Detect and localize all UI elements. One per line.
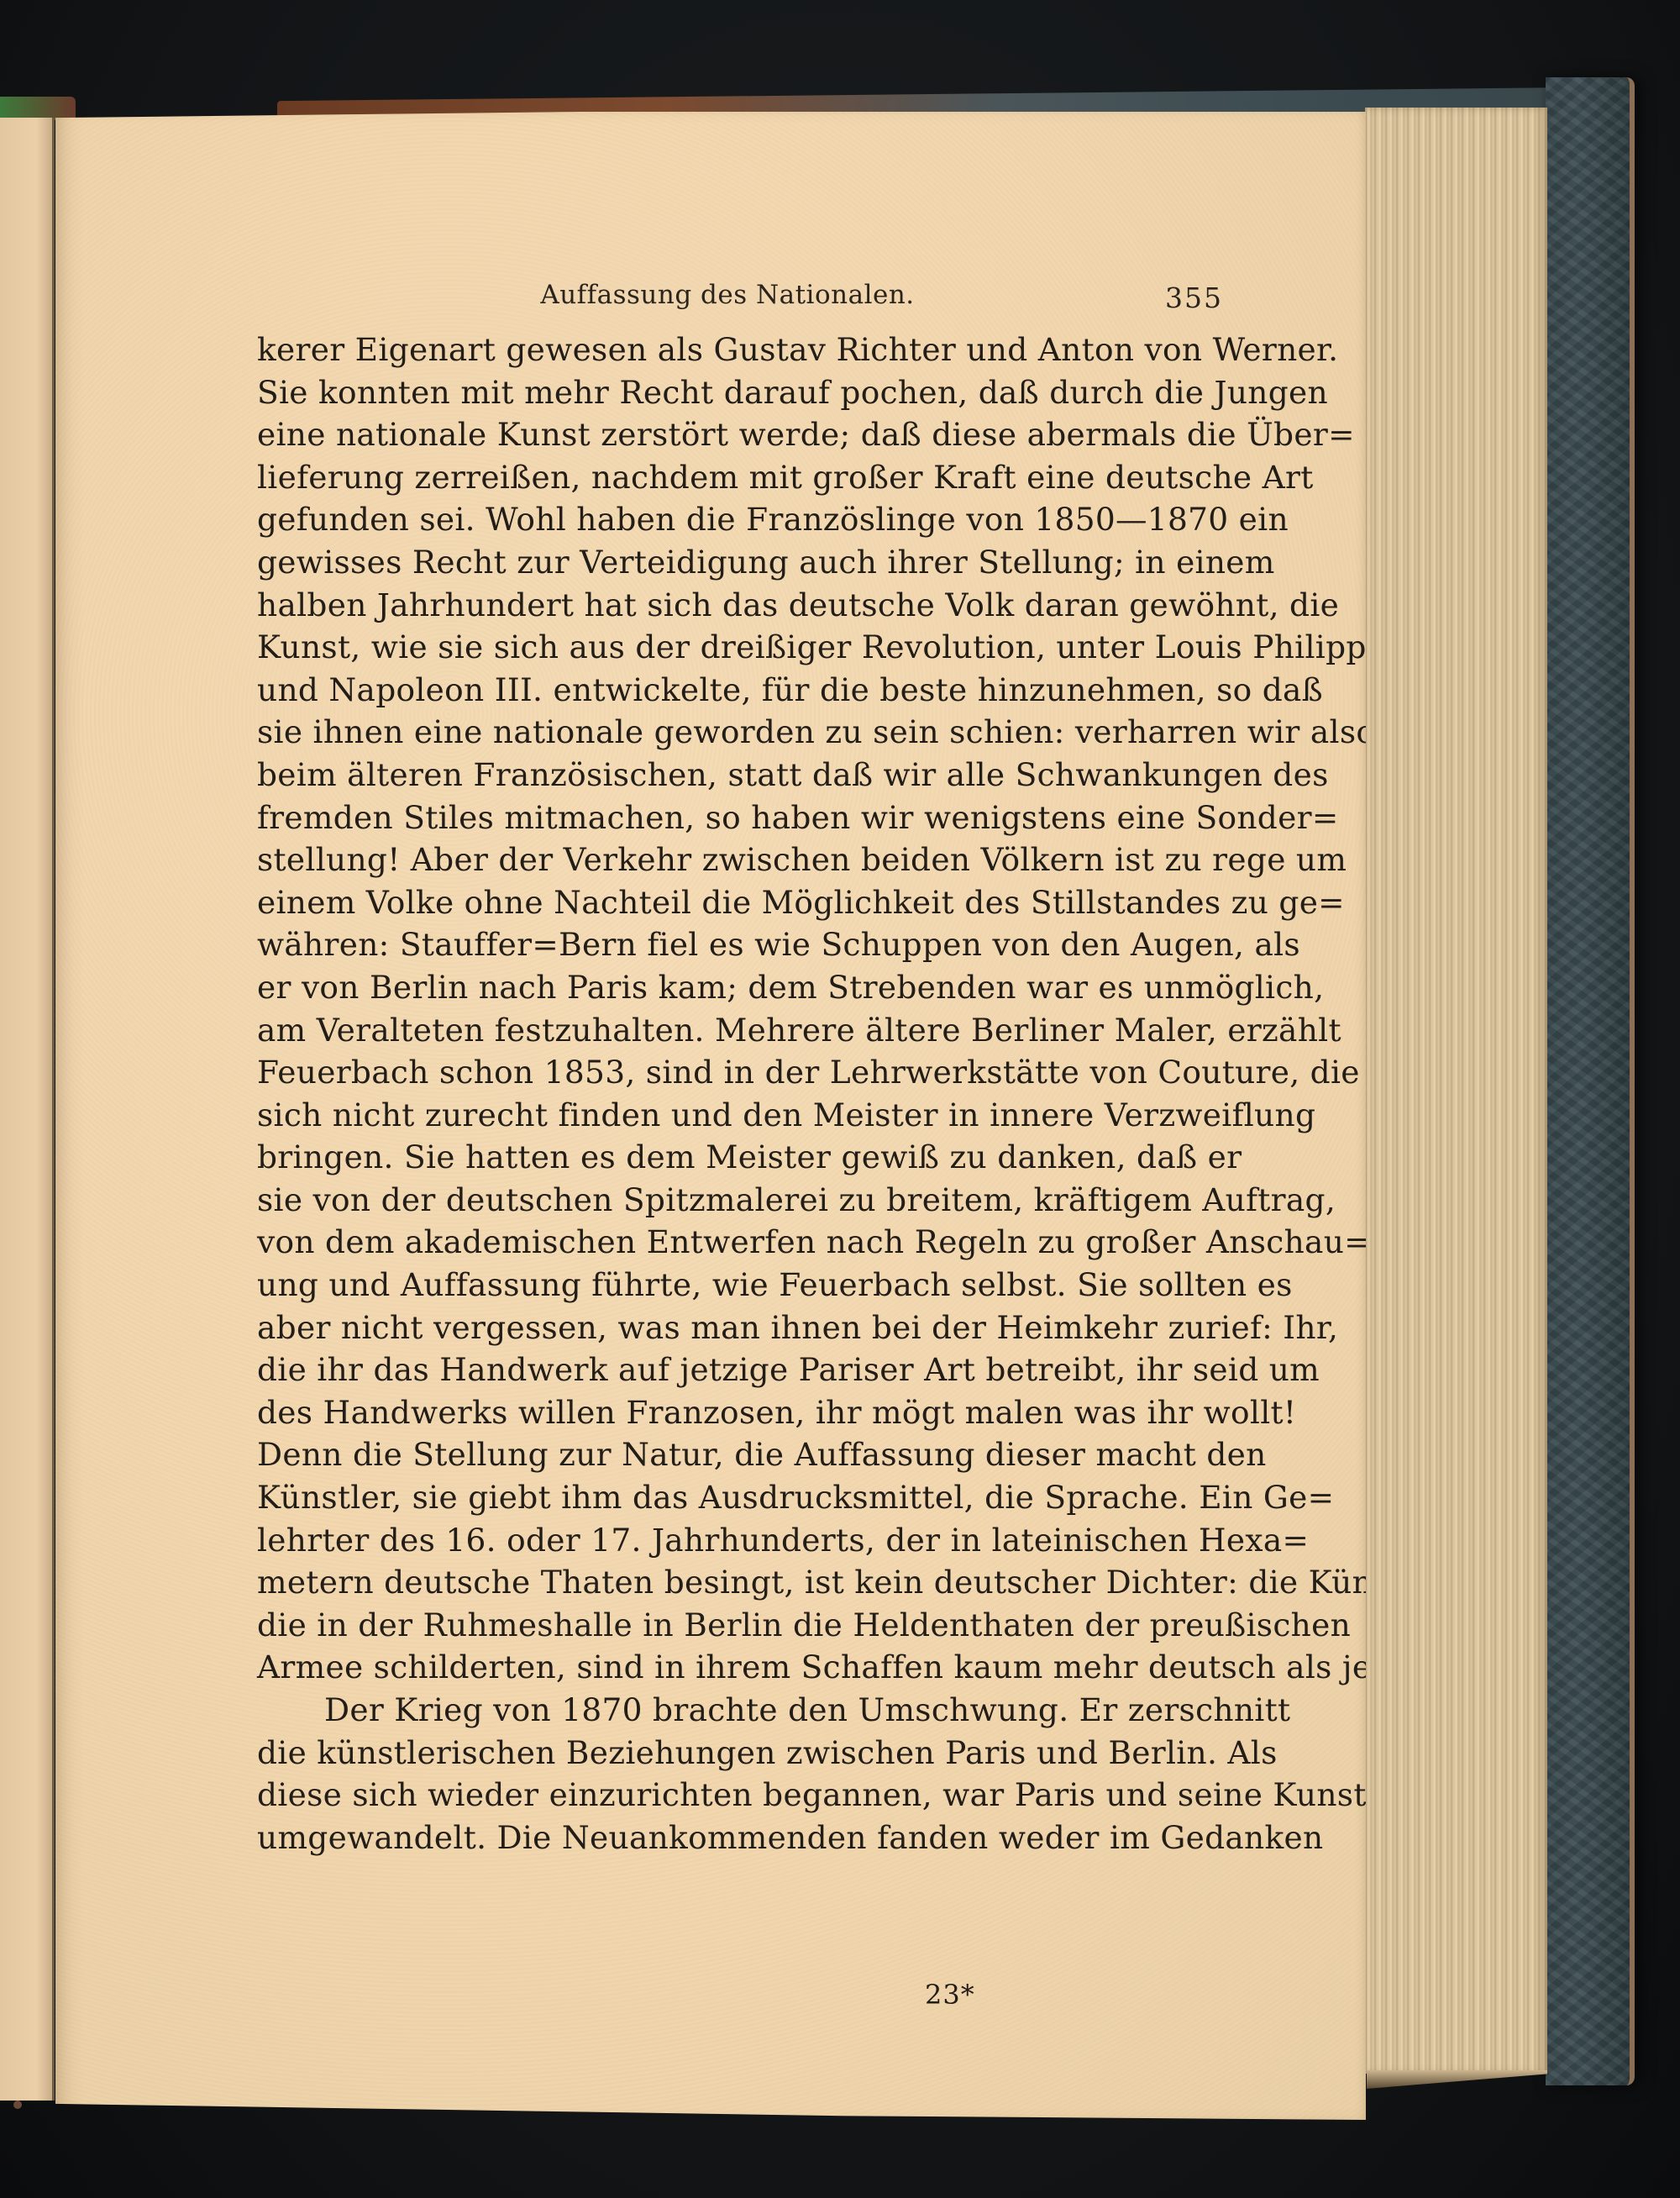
text-line: die künstlerischen Beziehungen zwischen … [257, 1732, 1173, 1775]
text-line: und Napoleon III. entwickelte, für die b… [257, 669, 1173, 712]
text-line: des Handwerks willen Franzosen, ihr mögt… [257, 1391, 1173, 1434]
text-line: Denn die Stellung zur Natur, die Auffass… [257, 1433, 1173, 1476]
book-cover-left-corner [0, 97, 76, 120]
text-line: einem Volke ohne Nachteil die Möglichkei… [257, 881, 1173, 924]
text-line: am Veralteten festzuhalten. Mehrere älte… [257, 1009, 1173, 1052]
text-line: sich nicht zurecht finden und den Meiste… [257, 1094, 1173, 1137]
text-line: gefunden sei. Wohl haben die Französling… [257, 498, 1173, 541]
text-line: währen: Stauffer=Bern fiel es wie Schupp… [257, 923, 1173, 966]
text-line: bringen. Sie hatten es dem Meister gewiß… [257, 1136, 1173, 1179]
text-line: die ihr das Handwerk auf jetzige Pariser… [257, 1349, 1173, 1391]
text-line-paragraph-start: Der Krieg von 1870 brachte den Umschwung… [257, 1689, 1173, 1732]
text-line: Sie konnten mit mehr Recht darauf pochen… [257, 371, 1173, 414]
previous-page-edge [0, 118, 55, 2101]
text-line: die in der Ruhmeshalle in Berlin die Hel… [257, 1604, 1173, 1647]
page-stack-fore-edge [1365, 108, 1547, 2074]
text-line: er von Berlin nach Paris kam; dem Strebe… [257, 966, 1173, 1009]
text-line: lehrter des 16. oder 17. Jahrhunderts, d… [257, 1519, 1173, 1562]
book-page: Auffassung des Nationalen. 355 kerer Eig… [55, 112, 1366, 2120]
text-line: lieferung zerreißen, nachdem mit großer … [257, 456, 1173, 499]
text-line: diese sich wieder einzurichten begannen,… [257, 1774, 1173, 1817]
text-line: von dem akademischen Entwerfen nach Rege… [257, 1221, 1173, 1264]
text-line: gewisses Recht zur Verteidigung auch ihr… [257, 541, 1173, 584]
body-text: kerer Eigenart gewesen als Gustav Richte… [257, 329, 1173, 1859]
text-line: kerer Eigenart gewesen als Gustav Richte… [257, 329, 1173, 371]
text-line: Kunst, wie sie sich aus der dreißiger Re… [257, 626, 1173, 669]
text-line: Armee schilderten, sind in ihrem Schaffe… [257, 1646, 1173, 1689]
text-line: umgewandelt. Die Neuankommenden fanden w… [257, 1817, 1173, 1859]
text-line: metern deutsche Thaten besingt, ist kein… [257, 1561, 1173, 1604]
text-line: Feuerbach schon 1853, sind in der Lehrwe… [257, 1051, 1173, 1094]
text-line: Künstler, sie giebt ihm das Ausdrucksmit… [257, 1476, 1173, 1519]
page-number: 355 [1165, 281, 1223, 314]
text-line: sie von der deutschen Spitzmalerei zu br… [257, 1179, 1173, 1222]
text-line: ung und Auffassung führte, wie Feuerbach… [257, 1264, 1173, 1307]
text-line: eine nationale Kunst zerstört werde; daß… [257, 413, 1173, 456]
text-line: fremden Stiles mitmachen, so haben wir w… [257, 797, 1173, 839]
running-head: Auffassung des Nationalen. 355 [265, 280, 1189, 322]
running-head-title: Auffassung des Nationalen. [265, 280, 1189, 310]
text-line: stellung! Aber der Verkehr zwischen beid… [257, 839, 1173, 881]
text-line: halben Jahrhundert hat sich das deutsche… [257, 584, 1173, 627]
signature-mark: 23* [925, 1979, 975, 2011]
book-cover-right [1546, 77, 1635, 2085]
text-line: beim älteren Französischen, statt daß wi… [257, 754, 1173, 797]
text-line: sie ihnen eine nationale geworden zu sei… [257, 711, 1173, 754]
text-line: aber nicht vergessen, was man ihnen bei … [257, 1307, 1173, 1349]
